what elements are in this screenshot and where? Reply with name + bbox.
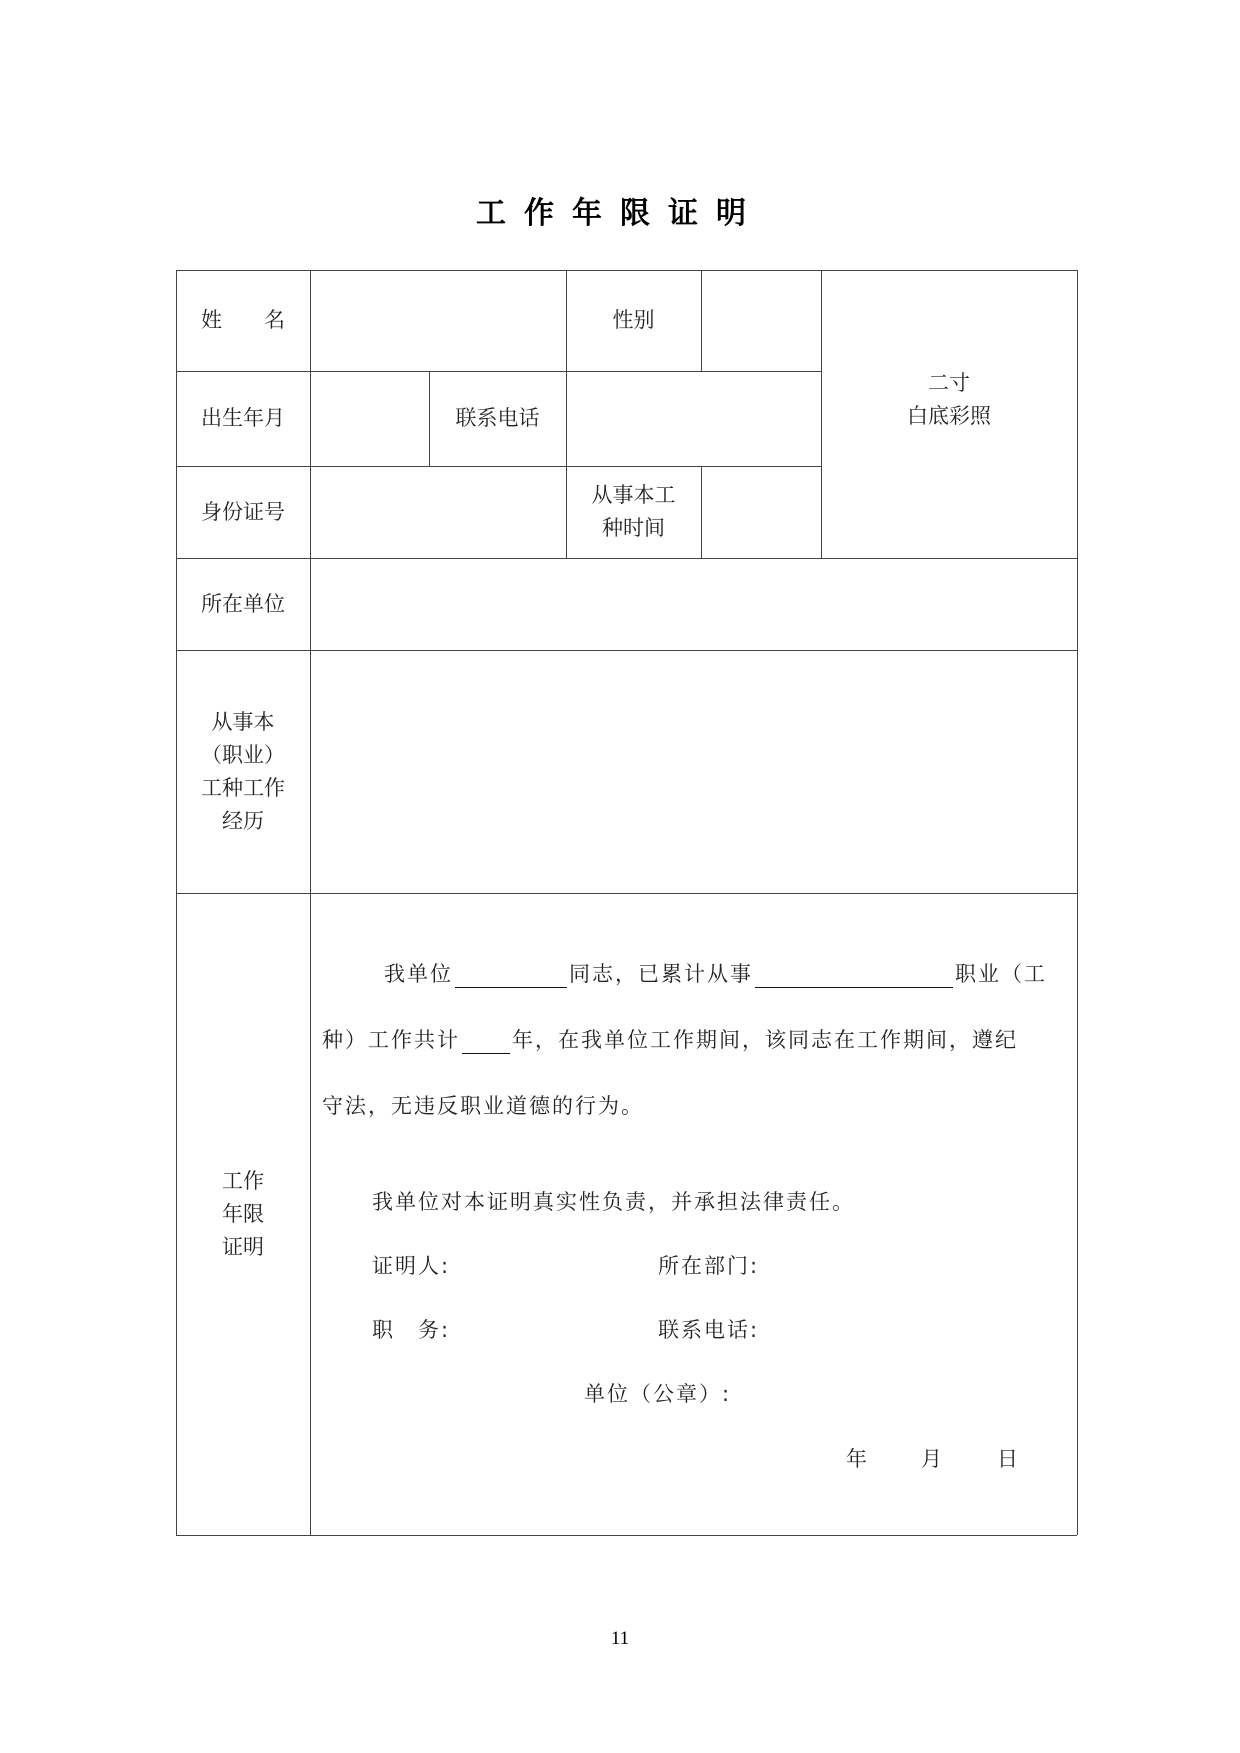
contact-phone-label: 联系电话: xyxy=(658,1314,759,1344)
experience-label-line: 从事本 xyxy=(212,706,275,739)
statement-line-2: 种）工作共计年，在我单位工作期间，该同志在工作期间，遵纪 xyxy=(322,1024,1018,1054)
statement-text: 我单位 xyxy=(384,962,453,986)
birth-label: 出生年月 xyxy=(176,371,310,466)
phone-label: 联系电话 xyxy=(429,371,566,466)
photo-requirement-text: 白底彩照 xyxy=(907,400,991,433)
photo-size-text: 二寸 xyxy=(928,367,970,400)
responsibility-statement: 我单位对本证明真实性负责，并承担法律责任。 xyxy=(372,1186,855,1216)
date-day-label: 日 xyxy=(997,1443,1020,1473)
certificate-label-line: 证明 xyxy=(222,1231,264,1264)
name-label: 姓 名 xyxy=(176,270,310,371)
experience-label-line: 经历 xyxy=(222,805,264,838)
years-blank[interactable] xyxy=(462,1031,510,1054)
department-label: 所在部门: xyxy=(658,1250,759,1280)
experience-label-line: 工种工作 xyxy=(201,772,285,805)
gender-label: 性别 xyxy=(566,270,701,371)
work-time-label: 从事本工 种时间 xyxy=(566,466,701,558)
gender-field[interactable] xyxy=(701,270,821,371)
document-title: 工作年限证明 xyxy=(0,188,1240,232)
experience-field[interactable] xyxy=(310,650,1077,893)
position-label: 职 务: xyxy=(372,1314,450,1344)
official-seal-label: 单位（公章）: xyxy=(584,1378,731,1408)
certificate-label: 工作 年限 证明 xyxy=(176,893,310,1535)
work-time-label-line1: 从事本工 xyxy=(592,479,676,512)
certifier-label: 证明人: xyxy=(372,1250,450,1280)
statement-text: 年，在我单位工作期间，该同志在工作期间，遵纪 xyxy=(512,1028,1018,1052)
statement-text: 种）工作共计 xyxy=(322,1028,460,1052)
work-time-label-line2: 种时间 xyxy=(602,512,665,545)
photo-placeholder[interactable]: 二寸 白底彩照 xyxy=(821,270,1077,558)
page-number: 11 xyxy=(0,1628,1240,1650)
id-number-field[interactable] xyxy=(310,466,566,558)
certificate-label-line: 工作 xyxy=(222,1165,264,1198)
unit-field[interactable] xyxy=(310,558,1077,650)
phone-field[interactable] xyxy=(566,371,821,466)
name-field[interactable] xyxy=(310,270,566,371)
statement-text: 同志，已累计从事 xyxy=(569,962,753,986)
occupation-blank[interactable] xyxy=(755,965,953,988)
statement-line-3: 守法，无违反职业道德的行为。 xyxy=(322,1090,644,1120)
row-divider xyxy=(176,893,1077,894)
unit-label: 所在单位 xyxy=(176,558,310,650)
date-year-label: 年 xyxy=(846,1443,869,1473)
colleague-name-blank[interactable] xyxy=(455,965,567,988)
statement-line-1: 我单位同志，已累计从事职业（工 xyxy=(384,958,1047,988)
experience-label-line: （职业） xyxy=(201,739,285,772)
birth-field[interactable] xyxy=(310,371,429,466)
id-number-label: 身份证号 xyxy=(176,466,310,558)
certificate-label-line: 年限 xyxy=(222,1198,264,1231)
table-border-right xyxy=(1077,270,1078,1535)
work-time-field[interactable] xyxy=(701,466,821,558)
table-border-bottom xyxy=(176,1535,1077,1536)
statement-text: 职业（工 xyxy=(955,962,1047,986)
experience-label: 从事本 （职业） 工种工作 经历 xyxy=(176,650,310,893)
date-month-label: 月 xyxy=(921,1443,944,1473)
